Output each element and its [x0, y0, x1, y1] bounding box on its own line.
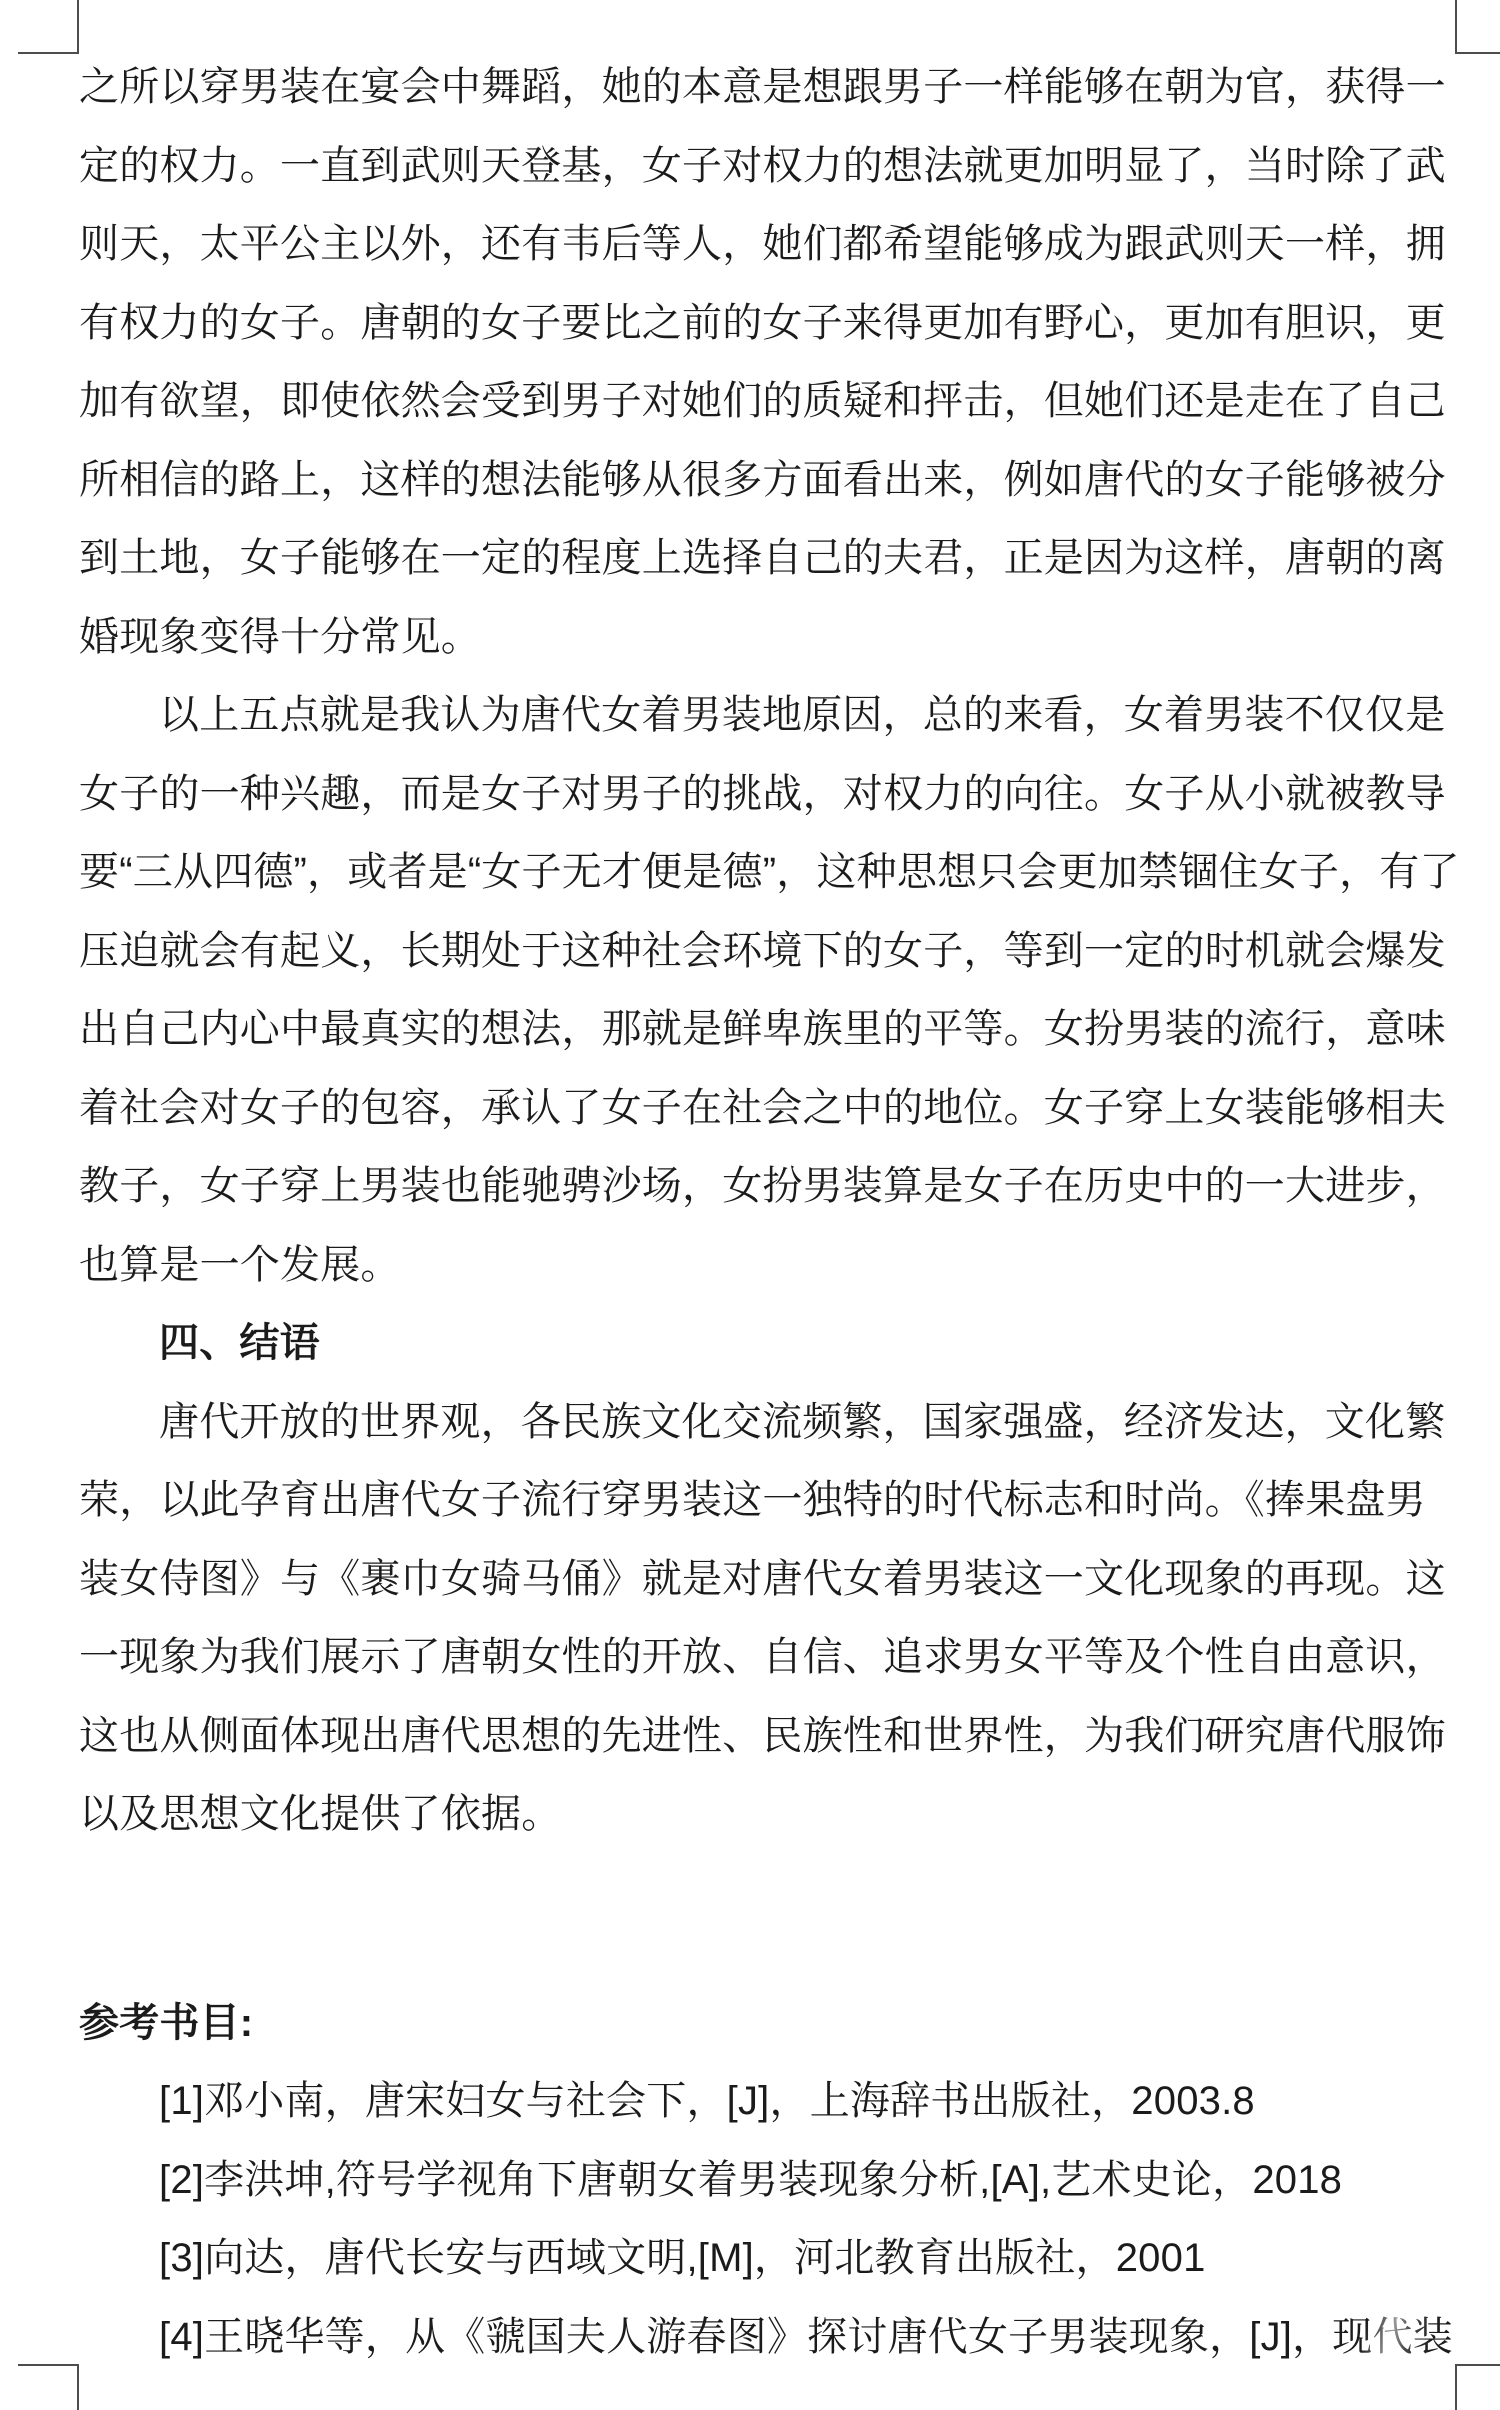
- text-line: 之所以穿男装在宴会中舞蹈，她的本意是想跟男子一样能够在朝为官，获得一: [79, 48, 1459, 127]
- text-line: 荣，以此孕育出唐代女子流行穿男装这一独特的时代标志和时尚。《捧果盘男: [79, 1461, 1459, 1540]
- crop-mark-top-left-icon: [18, 0, 79, 54]
- text-line: 也算是一个发展。: [79, 1226, 1459, 1305]
- text-line: [2]李洪坤,符号学视角下唐朝女着男装现象分析,[A],艺术史论，2018: [79, 2141, 1459, 2220]
- text-line: 装女侍图》与《裹巾女骑马俑》就是对唐代女着男装这一文化现象的再现。这: [79, 1540, 1459, 1619]
- heading-line: 参考书目:: [79, 1984, 1459, 2063]
- text-line: [4]王晓华等，从《虢国夫人游春图》探讨唐代女子男装现象，[J]，现代装: [79, 2298, 1459, 2377]
- text-line: 这也从侧面体现出唐代思想的先进性、民族性和世界性，为我们研究唐代服饰: [79, 1697, 1459, 1776]
- text-line: 以及思想文化提供了依据。: [79, 1775, 1459, 1854]
- text-line: 到土地，女子能够在一定的程度上选择自己的夫君，正是因为这样，唐朝的离: [79, 519, 1459, 598]
- document-body: 之所以穿男装在宴会中舞蹈，她的本意是想跟男子一样能够在朝为官，获得一定的权力。一…: [79, 48, 1459, 2376]
- text-line: 要“三从四德”，或者是“女子无才便是德”，这种思想只会更加禁锢住女子，有了: [79, 833, 1459, 912]
- text-line: 定的权力。一直到武则天登基，女子对权力的想法就更加明显了，当时除了武: [79, 127, 1459, 206]
- text-line: 加有欲望，即使依然会受到男子对她们的质疑和抨击，但她们还是走在了自己: [79, 362, 1459, 441]
- text-line: 婚现象变得十分常见。: [79, 598, 1459, 677]
- crop-mark-top-right-icon: [1455, 0, 1500, 54]
- crop-mark-bottom-left-icon: [18, 2364, 79, 2410]
- text-line: 所相信的路上，这样的想法能够从很多方面看出来，例如唐代的女子能够被分: [79, 441, 1459, 520]
- text-line: 女子的一种兴趣，而是女子对男子的挑战，对权力的向往。女子从小就被教导: [79, 755, 1459, 834]
- text-line: 压迫就会有起义，长期处于这种社会环境下的女子，等到一定的时机就会爆发: [79, 912, 1459, 991]
- heading-line: 四、结语: [79, 1304, 1459, 1383]
- text-line: 教子，女子穿上男装也能驰骋沙场，女扮男装算是女子在历史中的一大进步，: [79, 1147, 1459, 1226]
- text-line: 着社会对女子的包容，承认了女子在社会之中的地位。女子穿上女装能够相夫: [79, 1069, 1459, 1148]
- crop-mark-bottom-right-icon: [1455, 2364, 1500, 2410]
- document-page: 之所以穿男装在宴会中舞蹈，她的本意是想跟男子一样能够在朝为官，获得一定的权力。一…: [0, 0, 1500, 2410]
- text-line: 出自己内心中最真实的想法，那就是鲜卑族里的平等。女扮男装的流行，意味: [79, 990, 1459, 1069]
- text-line: 唐代开放的世界观，各民族文化交流频繁，国家强盛，经济发达，文化繁: [79, 1383, 1459, 1462]
- text-line: [3]向达，唐代长安与西域文明,[M]，河北教育出版社，2001: [79, 2219, 1459, 2298]
- text-line: [1]邓小南，唐宋妇女与社会下，[J]，上海辞书出版社，2003.8: [79, 2062, 1459, 2141]
- text-line: 则天，太平公主以外，还有韦后等人，她们都希望能够成为跟武则天一样，拥: [79, 205, 1459, 284]
- text-line: 以上五点就是我认为唐代女着男装地原因，总的来看，女着男装不仅仅是: [79, 676, 1459, 755]
- text-line: 一现象为我们展示了唐朝女性的开放、自信、追求男女平等及个性自由意识，: [79, 1618, 1459, 1697]
- text-line: 有权力的女子。唐朝的女子要比之前的女子来得更加有野心，更加有胆识，更: [79, 284, 1459, 363]
